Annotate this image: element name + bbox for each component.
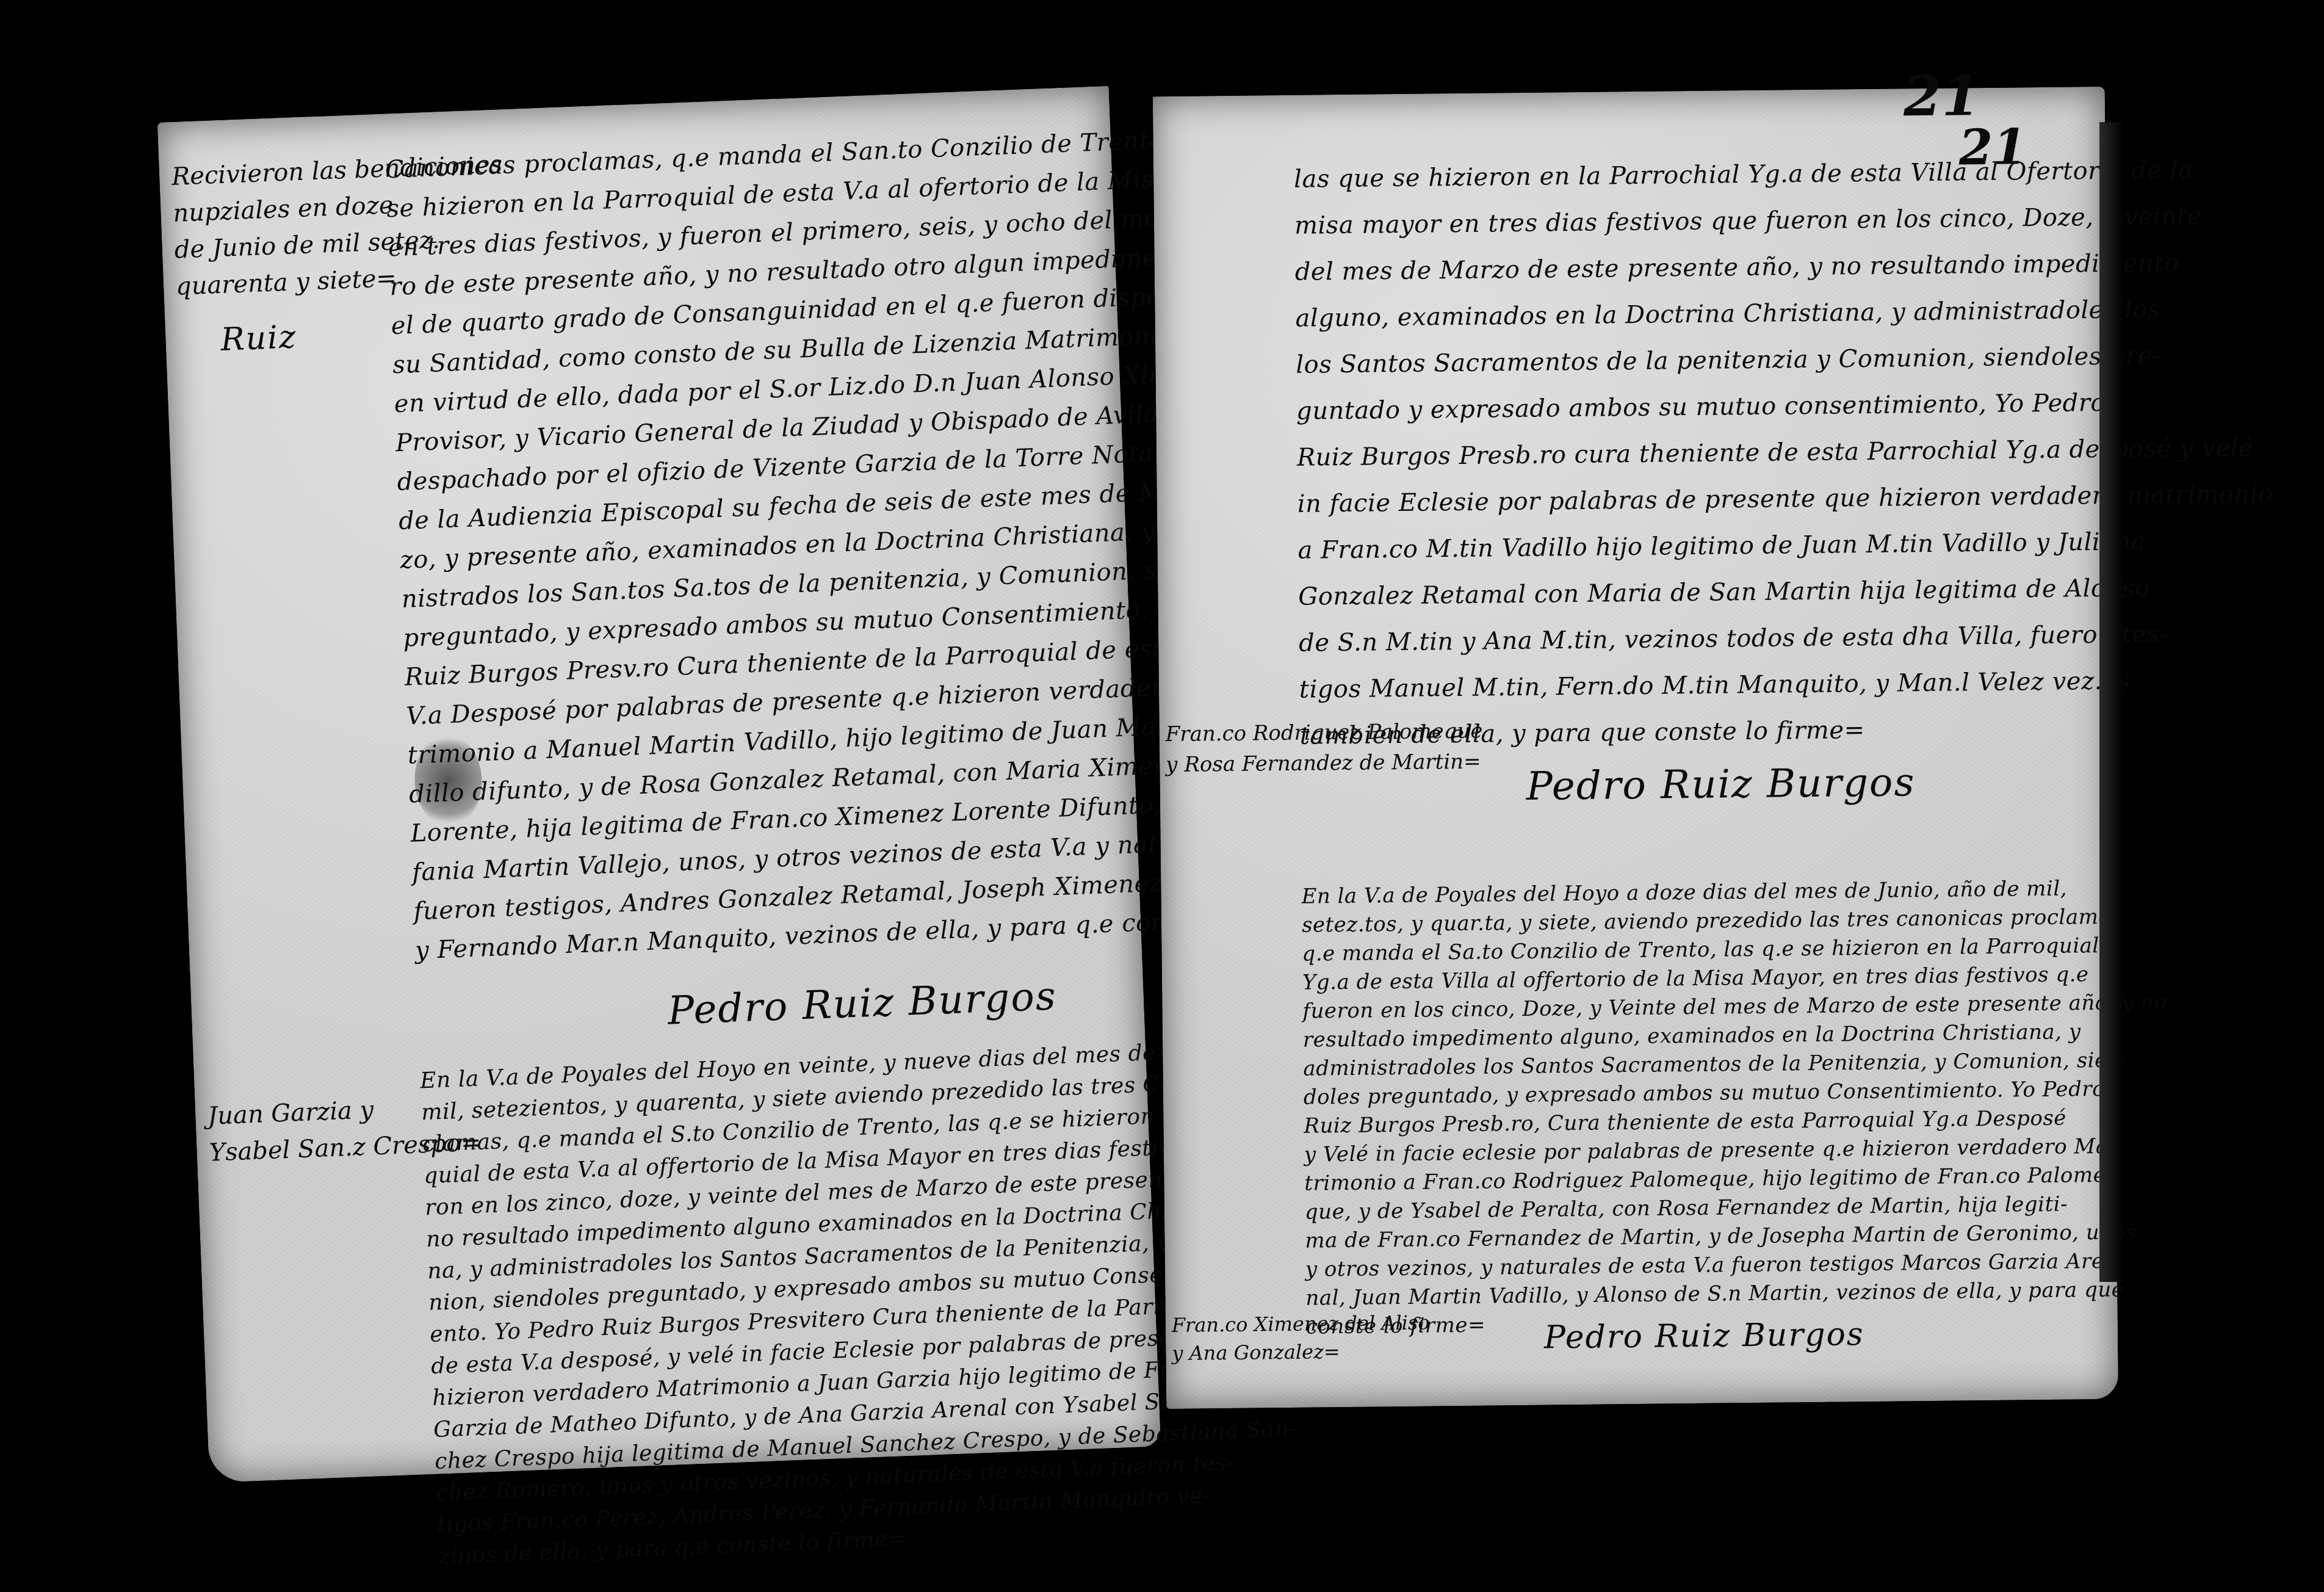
signature-pedro-ruiz-burgos: Pedro Ruiz Burgos	[1526, 760, 1915, 809]
signature-pedro-ruiz-burgos: Pedro Ruiz Burgos	[667, 974, 1058, 1033]
right-page: 21 21 las que se hizieron en la Parrochi…	[1153, 87, 2118, 1409]
signature-pedro-ruiz-burgos: Pedro Ruiz Burgos	[1544, 1316, 1864, 1356]
right-entry-2: En la V.a de Poyales del Hoyo a doze dia…	[1301, 874, 2170, 1342]
margin-note-ximenez-del-aliso: Fran.co Ximenez del Aliso y Ana Gonzalez…	[1172, 1309, 1431, 1367]
margin-signature-ruiz: Ruiz	[220, 319, 297, 358]
right-entry-1-continued: las que se hizieron en la Parrochial Yg.…	[1294, 146, 2276, 759]
page-edge	[2099, 122, 2124, 1282]
margin-note-rodriguez-palomeque: Fran.co Rodriguez Palomeque y Rosa Ferna…	[1165, 716, 1483, 780]
left-page: Recivieron las bendiciones nupziales en …	[157, 86, 1161, 1483]
